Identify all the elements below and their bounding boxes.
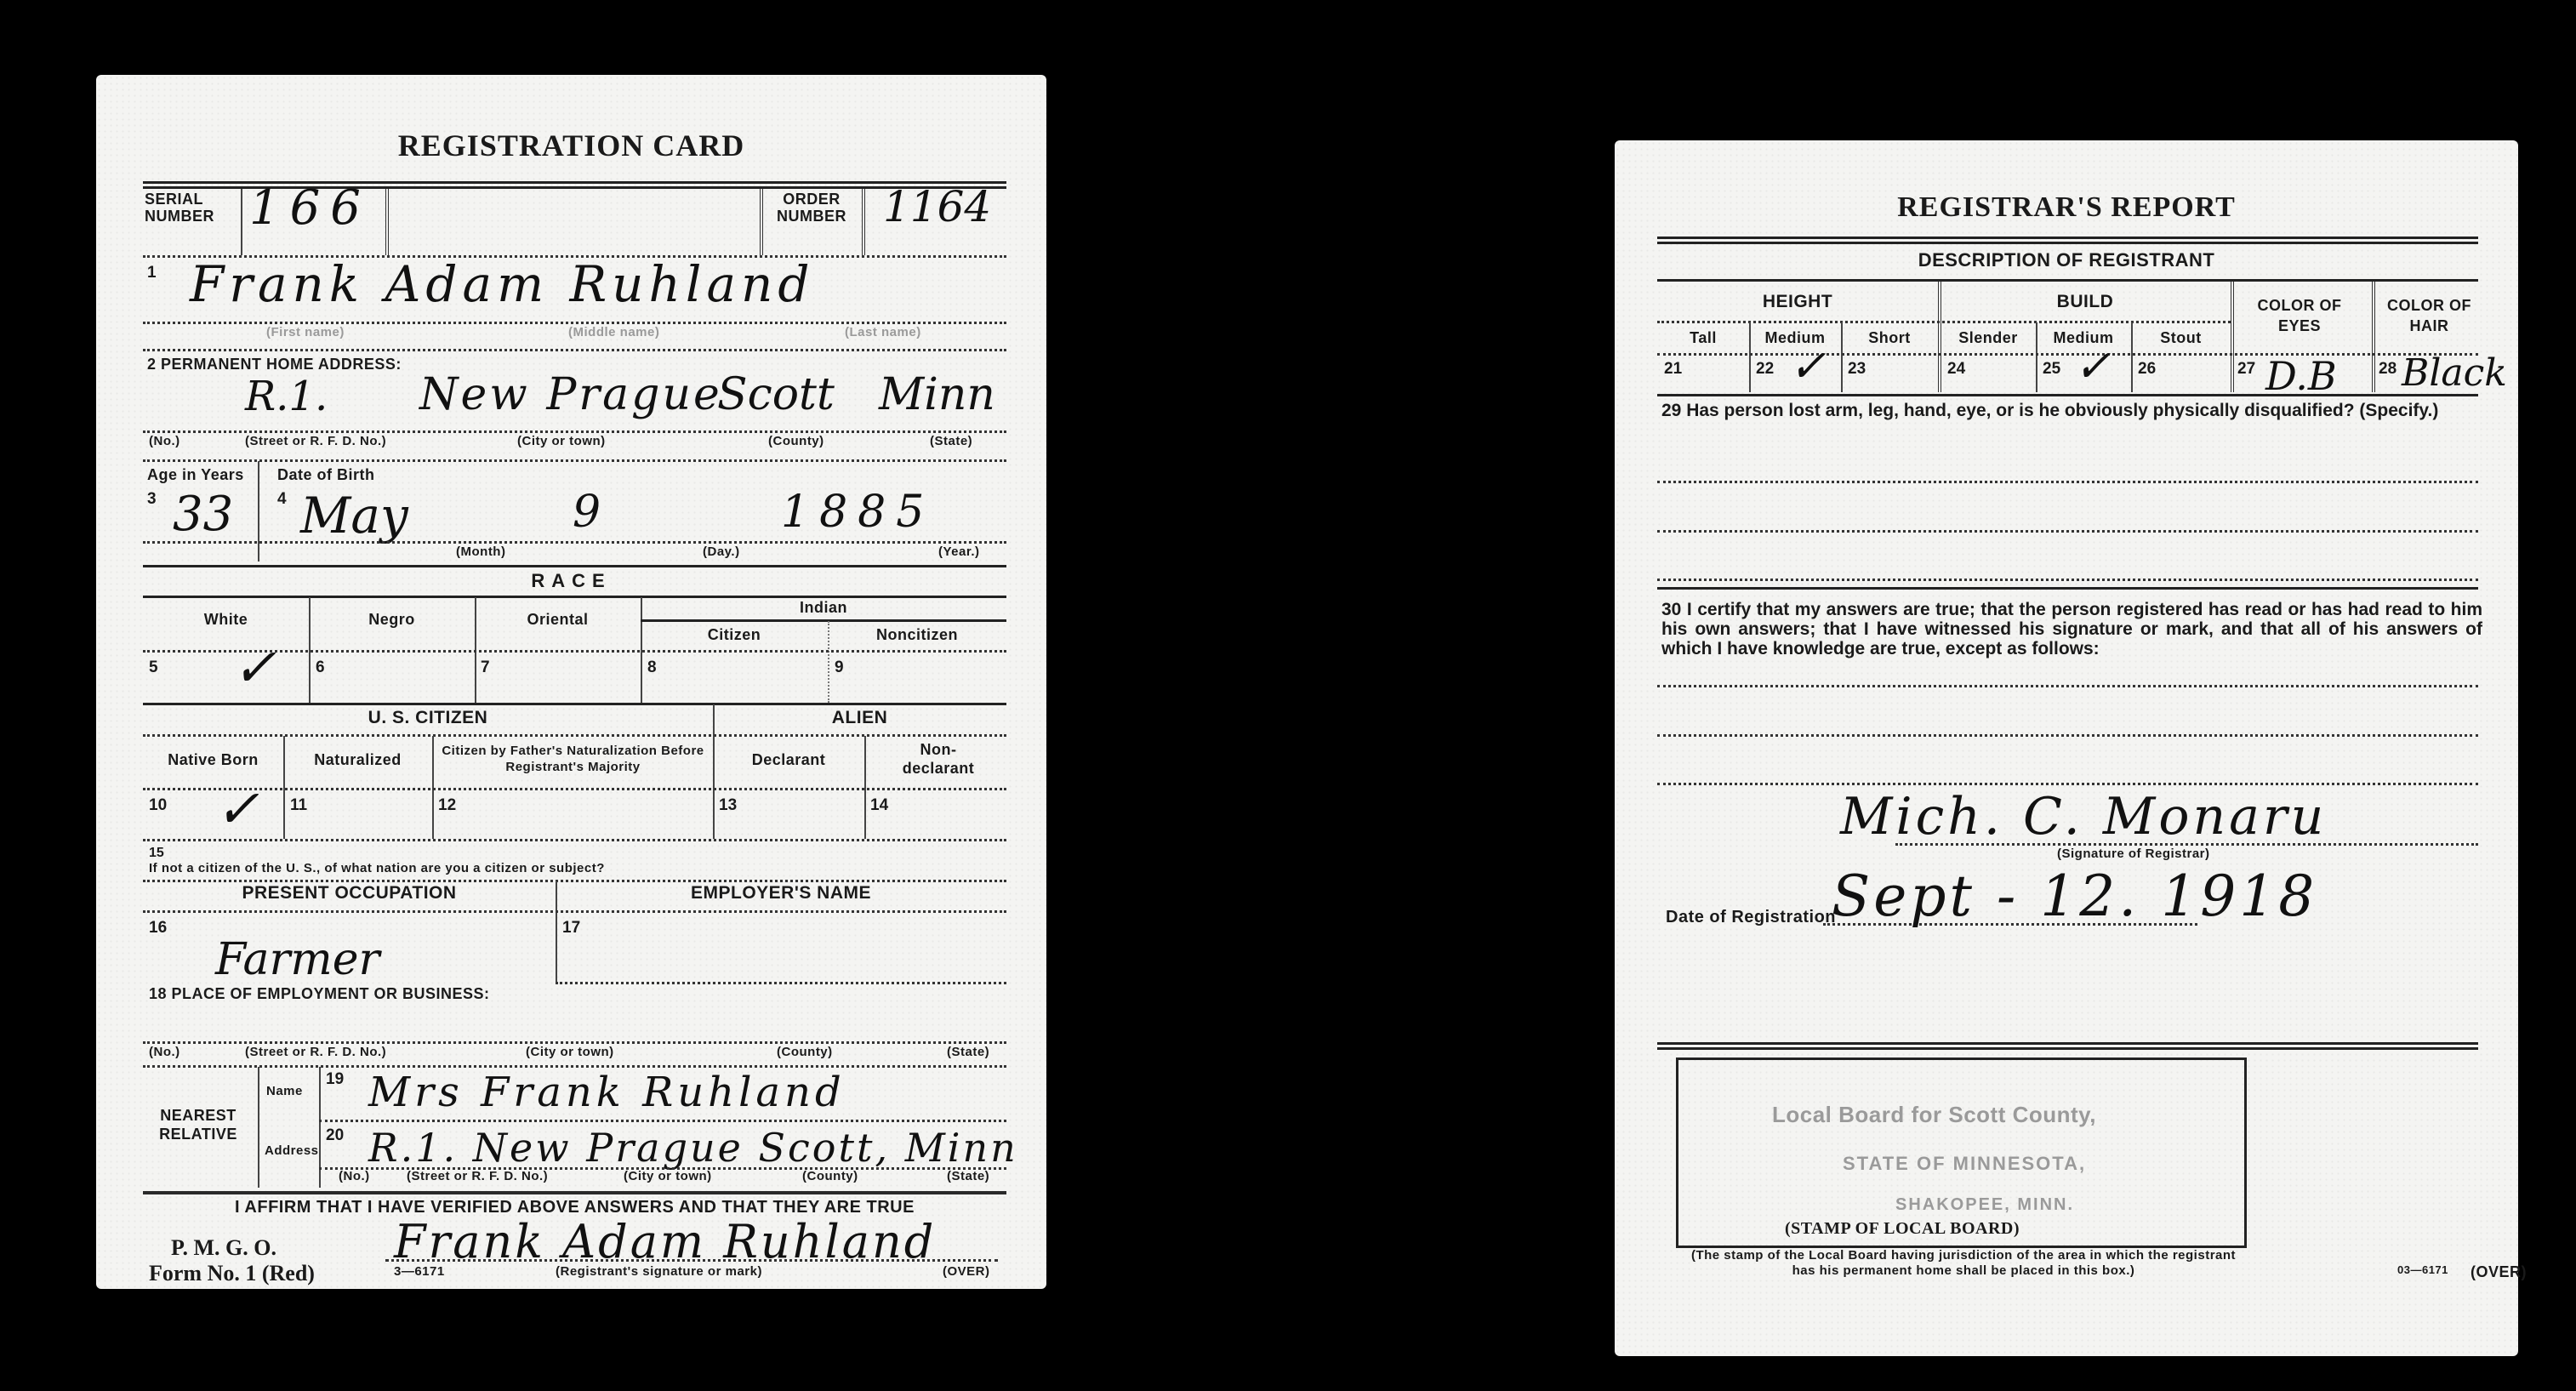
divider: [143, 1065, 1006, 1068]
relative-caption-city: (City or town): [624, 1169, 712, 1183]
employment-place-label: 18 PLACE OF EMPLOYMENT OR BUSINESS:: [149, 985, 490, 1003]
dob-caption-day: (Day.): [703, 544, 740, 559]
field-number: 6: [316, 658, 325, 677]
answer-line: [1657, 481, 2478, 483]
divider: [319, 1120, 1006, 1122]
field-number: 24: [1947, 360, 1965, 379]
field-number: 10: [149, 796, 167, 815]
dob-day: 9: [573, 487, 601, 538]
occupation-heading: PRESENT OCCUPATION: [143, 883, 556, 904]
field-number: 22: [1756, 360, 1774, 379]
divider: [1657, 353, 2478, 356]
print-code: 03—6171: [2397, 1263, 2448, 1276]
relative-name-label: Name: [266, 1084, 303, 1098]
dob-caption-month: (Month): [456, 544, 505, 559]
employment-caption-city: (City or town): [526, 1045, 614, 1059]
race-white-checkmark: ✓: [232, 636, 276, 698]
race-white-label: White: [143, 611, 309, 629]
height-heading: HEIGHT: [1657, 292, 1938, 312]
divider: [2372, 282, 2375, 392]
field-number: 17: [562, 919, 580, 938]
signature-caption: (Registrant's signature or mark): [556, 1264, 762, 1279]
race-heading: RACE: [96, 570, 1046, 592]
address-caption-no: (No.): [149, 434, 180, 448]
employer-heading: EMPLOYER'S NAME: [556, 883, 1006, 904]
middle-name-caption: (Middle name): [568, 325, 659, 339]
divider: [143, 839, 1006, 841]
order-number-value: 1164: [883, 182, 991, 231]
divider: [143, 349, 1006, 351]
answer-line: [1657, 734, 2478, 737]
relative-caption-street: (Street or R. F. D. No.): [407, 1169, 548, 1183]
hair-color-heading: COLOR OF HAIR: [2380, 295, 2478, 336]
stamp-caption: (STAMP OF LOCAL BOARD): [1785, 1219, 2020, 1239]
registrar-signature-caption: (Signature of Registrar): [2057, 847, 2210, 861]
race-negro-label: Negro: [309, 611, 475, 629]
divider: [143, 1191, 1006, 1194]
nearest-relative-label: NEAREST RELATIVE: [143, 1106, 254, 1143]
eye-color-heading: COLOR OF EYES: [2244, 295, 2355, 336]
age-value: 33: [173, 487, 233, 542]
over-label: (OVER): [943, 1264, 990, 1279]
divider: [385, 1259, 998, 1262]
home-address-label: 2 PERMANENT HOME ADDRESS:: [147, 356, 402, 373]
divider: [1657, 1047, 2478, 1050]
naturalized-label: Naturalized: [283, 751, 432, 769]
field-number: 11: [290, 796, 307, 815]
relative-caption-county: (County): [802, 1169, 858, 1183]
divider: [143, 459, 1006, 462]
field-number: 3: [147, 490, 157, 509]
report-title: REGISTRAR'S REPORT: [1615, 191, 2518, 224]
race-indian-noncitizen-label: Noncitizen: [828, 626, 1006, 644]
question-29: 29 Has person lost arm, leg, hand, eye, …: [1661, 399, 2482, 423]
employment-caption-county: (County): [777, 1045, 833, 1059]
field-number: 15: [149, 846, 164, 861]
form-number: Form No. 1 (Red): [149, 1261, 315, 1286]
hair-color-value: Black: [2402, 351, 2507, 395]
registrant-name: Frank Adam Ruhland: [190, 255, 815, 313]
home-address-county: Scott: [717, 369, 835, 420]
field-number: 12: [438, 796, 456, 815]
answer-line: [1657, 685, 2478, 687]
field-number: 14: [870, 796, 888, 815]
field-number: 21: [1664, 360, 1682, 379]
build-stout-label: Stout: [2131, 329, 2231, 347]
us-citizen-heading: U. S. CITIZEN: [143, 708, 713, 728]
dob-month: May: [300, 487, 408, 544]
relative-address-label: Address: [265, 1143, 319, 1158]
divider: [641, 619, 1006, 622]
dob-caption-year: (Year.): [938, 544, 980, 559]
race-indian-citizen-label: Citizen: [641, 626, 828, 644]
stamp-line-county: Local Board for Scott County,: [1772, 1102, 2096, 1128]
age-label: Age in Years: [147, 466, 244, 484]
build-heading: BUILD: [1941, 292, 2230, 312]
citizen-by-father-label: Citizen by Father's Naturalization Befor…: [435, 743, 711, 775]
divider: [385, 189, 389, 255]
divider: [1657, 394, 2478, 396]
divider: [1657, 321, 2231, 323]
field-number: 25: [2043, 360, 2060, 379]
divider: [143, 565, 1006, 567]
address-caption-county: (County): [768, 434, 824, 448]
declarant-label: Declarant: [713, 751, 864, 769]
serial-number-label: SERIAL NUMBER: [145, 191, 238, 225]
form-id-pmgo: P. M. G. O.: [96, 1235, 351, 1261]
address-caption-street: (Street or R. F. D. No.): [245, 434, 386, 448]
divider: [143, 596, 1006, 598]
divider: [862, 189, 865, 255]
native-born-checkmark: ✓: [215, 778, 259, 840]
employment-caption-street: (Street or R. F. D. No.): [245, 1045, 386, 1059]
address-caption-city: (City or town): [517, 434, 606, 448]
relative-caption-state: (State): [947, 1169, 989, 1183]
divider: [2231, 282, 2234, 392]
divider: [143, 910, 1006, 913]
divider: [143, 880, 1006, 882]
address-caption-state: (State): [930, 434, 972, 448]
field-number: 16: [149, 919, 167, 938]
employment-caption-state: (State): [947, 1045, 989, 1059]
stamp-line-city: SHAKOPEE, MINN.: [1895, 1195, 2074, 1215]
height-medium-checkmark: ✓: [1789, 341, 1827, 392]
divider: [1657, 237, 2478, 239]
certification-text: 30 I certify that my answers are true; t…: [1661, 600, 2482, 658]
field-number: 28: [2379, 360, 2396, 379]
race-oriental-label: Oriental: [475, 611, 641, 629]
home-address-city: New Prague: [419, 369, 722, 420]
last-name-caption: (Last name): [845, 325, 921, 339]
registrar-signature: Mich. C. Monaru: [1840, 787, 2327, 847]
employment-caption-no: (No.): [149, 1045, 180, 1059]
height-short-label: Short: [1841, 329, 1938, 347]
divider: [143, 703, 1006, 705]
relative-name-value: Mrs Frank Ruhland: [368, 1069, 846, 1116]
stamp-note: (The stamp of the Local Board having jur…: [1683, 1248, 2244, 1279]
date-of-registration-value: Sept - 12. 1918: [1832, 864, 2317, 929]
native-born-label: Native Born: [143, 751, 283, 769]
serial-number-value: 166: [249, 180, 371, 236]
description-heading: DESCRIPTION OF REGISTRANT: [1615, 249, 2518, 271]
height-tall-label: Tall: [1657, 329, 1749, 347]
over-label: (OVER): [2471, 1263, 2527, 1281]
field-number: 23: [1848, 360, 1866, 379]
field-number: 27: [2237, 360, 2255, 379]
stamp-line-state: STATE OF MINNESOTA,: [1843, 1153, 2086, 1175]
divider: [1657, 242, 2478, 244]
date-of-registration-label: Date of Registration: [1666, 908, 1836, 927]
field-number: 4: [277, 490, 287, 509]
answer-line: [1657, 783, 2478, 785]
divider: [1657, 1042, 2478, 1045]
field-number: 5: [149, 658, 158, 677]
field-number: 7: [481, 658, 490, 677]
field-number: 13: [719, 796, 737, 815]
alien-heading: ALIEN: [713, 708, 1006, 728]
field-number: 20: [326, 1126, 344, 1145]
divider: [760, 189, 763, 255]
divider: [143, 1041, 1006, 1044]
field-number: 1: [147, 264, 157, 282]
divider: [143, 788, 1006, 790]
divider: [143, 322, 1006, 324]
build-medium-checkmark: ✓: [2074, 341, 2112, 392]
first-name-caption: (First name): [266, 325, 345, 339]
divider: [143, 734, 1006, 737]
divider: [258, 461, 259, 562]
card-title: REGISTRATION CARD: [96, 128, 1046, 163]
home-address-state: Minn: [879, 369, 995, 420]
field-number: 26: [2138, 360, 2156, 379]
answer-line: [1657, 579, 2478, 581]
divider: [556, 982, 1006, 984]
divider: [258, 1067, 259, 1188]
eye-color-value: D.B: [2265, 353, 2337, 399]
divider: [143, 430, 1006, 433]
answer-line: [1657, 530, 2478, 533]
registrars-report-card: REGISTRAR'S REPORT DESCRIPTION OF REGIST…: [1615, 140, 2518, 1356]
occupation-value: Farmer: [215, 934, 379, 985]
divider: [1657, 587, 2478, 590]
field-number: 8: [647, 658, 657, 677]
race-indian-label: Indian: [641, 599, 1006, 617]
registration-card: REGISTRATION CARD SERIAL NUMBER 166 ORDE…: [96, 75, 1046, 1289]
divider: [241, 189, 242, 255]
divider: [1657, 279, 2478, 282]
field15-question: If not a citizen of the U. S., of what n…: [149, 861, 605, 875]
relative-caption-no: (No.): [339, 1169, 370, 1183]
nondeclarant-label: Non-declarant: [887, 740, 989, 778]
order-number-label: ORDER NUMBER: [765, 191, 858, 225]
signature-line: [1895, 843, 2478, 846]
dob-label: Date of Birth: [277, 466, 375, 484]
divider: [143, 541, 1006, 544]
home-address-street: R.1.: [245, 373, 328, 420]
field-number: 19: [326, 1070, 344, 1089]
build-slender-label: Slender: [1941, 329, 2036, 347]
dob-year: 1885: [781, 487, 934, 538]
print-code: 3—6171: [394, 1264, 445, 1279]
field-number: 9: [835, 658, 844, 677]
relative-address-value: R.1. New Prague Scott, Minn: [368, 1125, 1018, 1171]
